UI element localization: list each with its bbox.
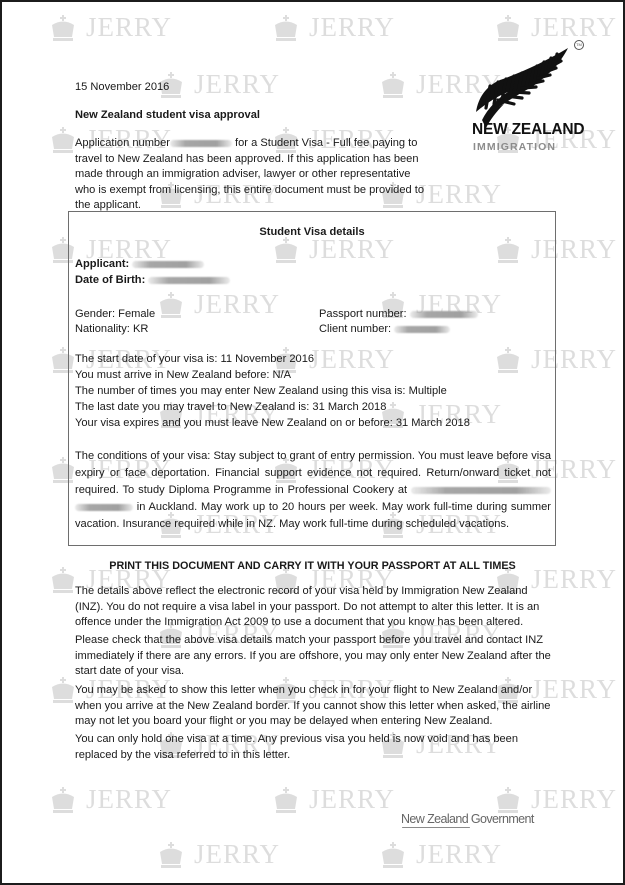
visa-details-box: Student Visa details Applicant: Date of … (68, 211, 556, 546)
passport-field: Passport number: (319, 307, 478, 323)
arrive-before: You must arrive in New Zealand before: N… (75, 368, 470, 384)
entry-count: The number of times you may enter New Ze… (75, 384, 470, 400)
visa-dates-list: The start date of your visa is: 11 Novem… (75, 352, 470, 432)
nationality-field: Nationality: KR (75, 322, 148, 338)
intro-prefix: Application number (75, 137, 170, 149)
last-travel-date: The last date you may travel to New Zeal… (75, 400, 470, 416)
dob-field: Date of Birth: (75, 273, 230, 289)
nz-government-logo: New Zealand Government (401, 812, 534, 828)
passport-label: Passport number: (319, 308, 407, 320)
conditions-part2: in Auckland. May work up to 20 hours per… (75, 501, 551, 530)
visa-expiry-date: Your visa expires and you must leave New… (75, 416, 470, 432)
redacted-application-number (170, 140, 232, 147)
visa-conditions: The conditions of your visa: Stay subjec… (75, 448, 551, 533)
nz-government-underline (402, 827, 470, 828)
redacted-passport-number (410, 311, 478, 318)
print-notice-heading: PRINT THIS DOCUMENT AND CARRY IT WITH YO… (0, 559, 625, 575)
letter-date: 15 November 2016 (75, 80, 169, 96)
redacted-applicant-name (132, 261, 204, 268)
gender-field: Gender: Female (75, 307, 155, 323)
notice-paragraph: You may be asked to show this letter whe… (75, 683, 555, 730)
notice-paragraph: You can only hold one visa at a time. An… (75, 732, 555, 763)
logo-new-zealand: NEW ZEALAND (472, 122, 584, 138)
visa-details-heading: Student Visa details (69, 225, 555, 241)
redacted-client-number (394, 326, 450, 333)
notice-paragraph: Please check that the above visa details… (75, 633, 555, 680)
intro-paragraph: Application number for a Student Visa - … (75, 136, 425, 214)
redacted-institution-cont (75, 504, 133, 511)
dob-label: Date of Birth: (75, 274, 145, 286)
letter-title: New Zealand student visa approval (75, 108, 260, 124)
applicant-field: Applicant: (75, 257, 204, 273)
redacted-institution (411, 487, 551, 494)
letter-content: 15 November 2016 New Zealand student vis… (0, 0, 625, 885)
redacted-dob (148, 277, 230, 284)
applicant-label: Applicant: (75, 258, 129, 270)
client-label: Client number: (319, 323, 391, 335)
client-field: Client number: (319, 322, 450, 338)
trademark-icon: TM (574, 40, 584, 50)
logo-immigration: IMMIGRATION (473, 140, 556, 156)
visa-start-date: The start date of your visa is: 11 Novem… (75, 352, 470, 368)
notice-paragraph: The details above reflect the electronic… (75, 584, 555, 631)
